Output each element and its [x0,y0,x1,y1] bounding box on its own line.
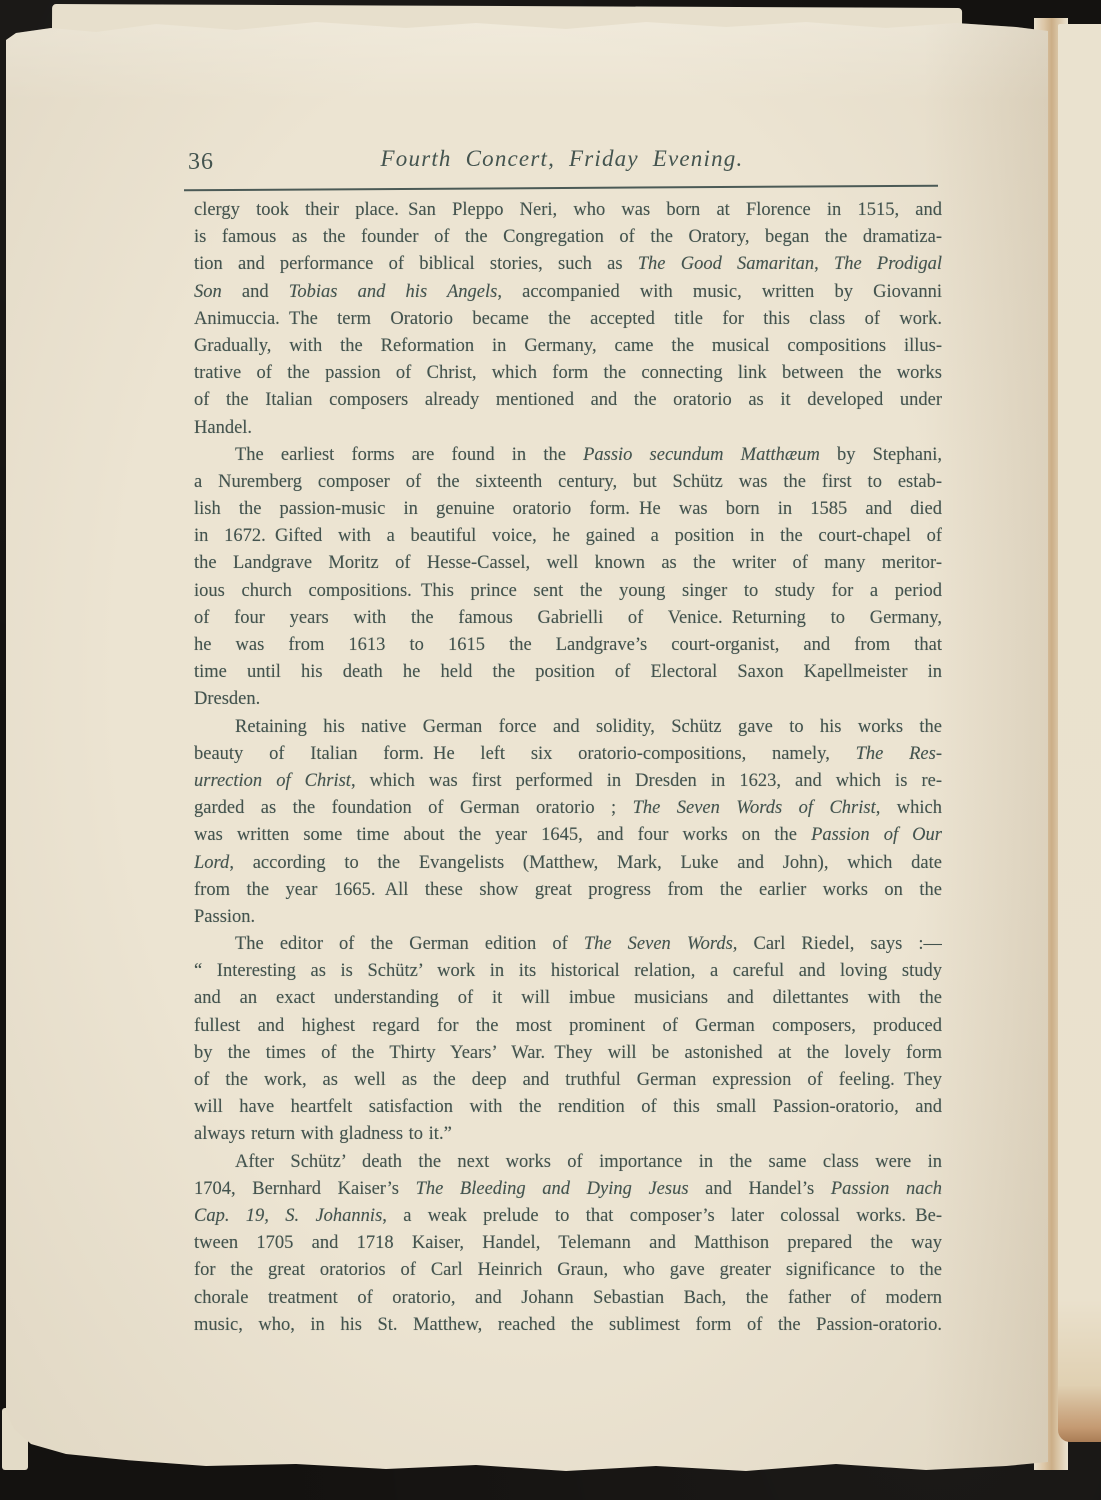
text-line: time until his death he held the positio… [194,659,942,686]
text-line: The editor of the German edition of The … [194,931,942,958]
text-line: was written some time about the year 164… [194,822,942,849]
page-number: 36 [188,149,214,176]
text-line: Retaining his native German force and so… [194,714,942,741]
text-line: Son and Tobias and his Angels, accompani… [194,279,942,306]
text-line: tion and performance of biblical stories… [194,251,942,278]
page-body: clergy took their place. San Pleppo Neri… [194,197,942,1339]
text-line: lish the passion-music in genuine orator… [194,496,942,523]
text-line: The earliest forms are found in the Pass… [194,442,942,469]
text-line: beauty of Italian form. He left six orat… [194,741,942,768]
text-line: the Landgrave Moritz of Hesse-Cassel, we… [194,550,942,577]
text-line: in 1672. Gifted with a beautiful voice, … [194,523,942,550]
running-header: Fourth Concert, Friday Evening. [186,146,938,172]
text-line: Animuccia. The term Oratorio became the … [194,306,942,333]
text-line: tween 1705 and 1718 Kaiser, Handel, Tele… [194,1230,942,1257]
header-rule [184,185,938,192]
page-header: 36 Fourth Concert, Friday Evening. [186,146,938,180]
text-line: Handel. [194,415,942,442]
text-line: garded as the foundation of German orato… [194,795,942,822]
text-line: Lord, according to the Evangelists (Matt… [194,850,942,877]
text-line: from the year 1665. All these show great… [194,877,942,904]
text-line: After Schütz’ death the next works of im… [194,1149,942,1176]
text-line: clergy took their place. San Pleppo Neri… [194,197,942,224]
text-line: and an exact understanding of it will im… [194,985,942,1012]
scanned-book-photo: 36 Fourth Concert, Friday Evening. clerg… [0,0,1101,1500]
text-line: a Nuremberg composer of the sixteenth ce… [194,469,942,496]
text-line: he was from 1613 to 1615 the Landgrave’s… [194,632,942,659]
text-line: by the times of the Thirty Years’ War. T… [194,1040,942,1067]
text-line: Passion. [194,904,942,931]
text-line: trative of the passion of Christ, which … [194,360,942,387]
text-line: of the work, as well as the deep and tru… [194,1067,942,1094]
text-line: urrection of Christ, which was first per… [194,768,942,795]
book-page: 36 Fourth Concert, Friday Evening. clerg… [6,14,1048,1482]
text-line: “ Interesting as is Schütz’ work in its … [194,958,942,985]
text-line: Cap. 19, S. Johannis, a weak prelude to … [194,1203,942,1230]
text-line: 1704, Bernhard Kaiser’s The Bleeding and… [194,1176,942,1203]
text-line: of four years with the famous Gabrielli … [194,605,942,632]
text-line: of the Italian composers already mention… [194,387,942,414]
text-line: Gradually, with the Reformation in Germa… [194,333,942,360]
text-line: for the great oratorios of Carl Heinrich… [194,1257,942,1284]
text-line: always return with gladness to it.” [194,1121,942,1148]
text-line: fullest and highest regard for the most … [194,1013,942,1040]
text-line: is famous as the founder of the Congrega… [194,224,942,251]
text-line: Dresden. [194,686,942,713]
text-line: chorale treatment of oratorio, and Johan… [194,1285,942,1312]
text-line: music, who, in his St. Matthew, reached … [194,1312,942,1339]
text-line: will have heartfelt satisfaction with th… [194,1094,942,1121]
next-page-edge [1058,24,1101,1442]
text-line: ious church compositions. This prince se… [194,578,942,605]
